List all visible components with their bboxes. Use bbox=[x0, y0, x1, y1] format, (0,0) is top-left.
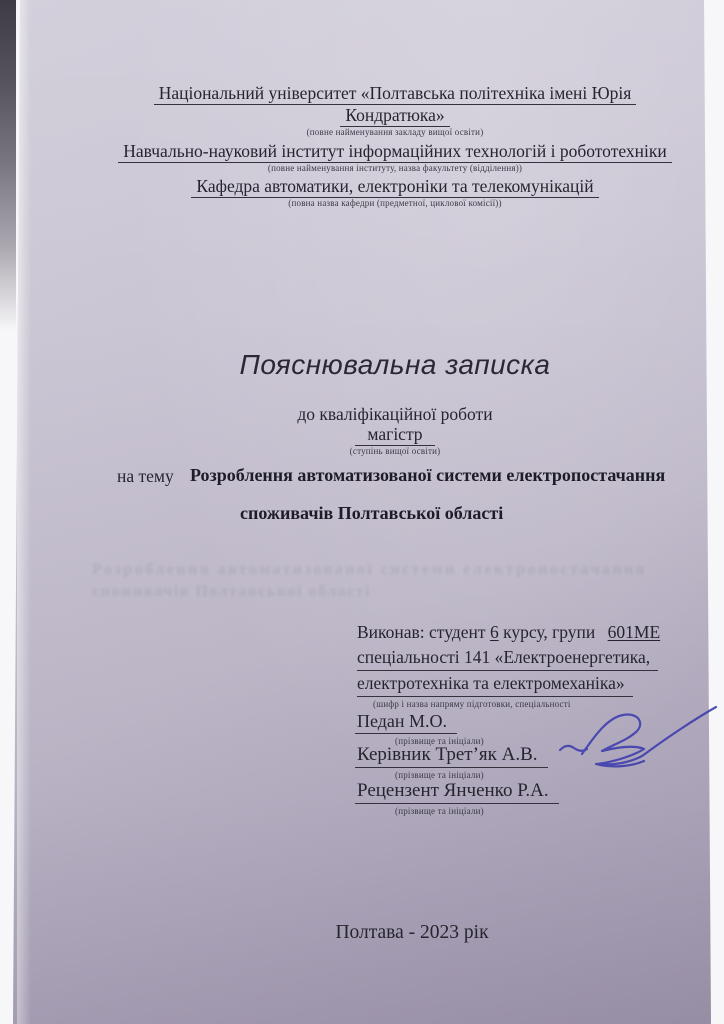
executor-line1: Виконав: студент 6 курсу, групи 601МЕ bbox=[357, 620, 687, 645]
institute-caption: (повне найменування інституту, назва фак… bbox=[95, 163, 695, 174]
signature-scribble bbox=[552, 698, 724, 793]
speciality-line2-text: електротехніка та електромеханіка» bbox=[357, 672, 633, 697]
executor-prefix: Виконав: студент bbox=[357, 622, 486, 642]
photo-edge-shadow bbox=[0, 0, 16, 360]
degree-line: магістр bbox=[95, 424, 695, 446]
ghost-text-line2: споживачів Полтавської області bbox=[92, 583, 371, 601]
supervisor-row: Керівник Трет’як А.В. (прізвище та ініці… bbox=[355, 744, 548, 781]
university-name-line2-text: Кондратюка» bbox=[340, 106, 449, 127]
scanned-title-page: Національний університет «Полтавська пол… bbox=[0, 0, 724, 1024]
speciality-line2: електротехніка та електромеханіка» bbox=[357, 671, 687, 697]
executor-block: Виконав: студент 6 курсу, групи 601МЕ сп… bbox=[357, 620, 687, 710]
theme-line2: споживачів Полтавської області bbox=[240, 503, 503, 524]
executor-middle: курсу, групи bbox=[503, 622, 595, 642]
university-name-line2: Кондратюка» bbox=[95, 105, 695, 127]
theme-line1: Розроблення автоматизованої системи елек… bbox=[190, 465, 665, 486]
degree-caption: (ступінь вищої освіти) bbox=[95, 446, 695, 457]
degree-text: магістр bbox=[355, 425, 434, 446]
speciality-line1: спеціальності 141 «Електроенергетика, bbox=[357, 645, 687, 671]
department-caption: (повна назва кафедри (предметної, циклов… bbox=[95, 198, 695, 209]
reviewer-name: Рецензент Янченко Р.А. bbox=[355, 780, 559, 804]
executor-course: 6 bbox=[490, 622, 499, 642]
city-year-line: Полтава - 2023 рік bbox=[112, 922, 712, 944]
student-name: Педан М.О. bbox=[355, 710, 457, 734]
reviewer-caption: (прізвище та ініціали) bbox=[395, 806, 559, 817]
reviewer-row: Рецензент Янченко Р.А. (прізвище та ініц… bbox=[355, 780, 559, 817]
department-name-text: Кафедра автоматики, електроніки та телек… bbox=[191, 177, 598, 198]
supervisor-name: Керівник Трет’як А.В. bbox=[355, 744, 548, 768]
speciality-line1-text: спеціальності 141 «Електроенергетика, bbox=[357, 646, 658, 671]
header-block: Національний університет «Полтавська пол… bbox=[95, 83, 695, 209]
department-name: Кафедра автоматики, електроніки та телек… bbox=[95, 176, 695, 198]
institute-name: Навчально-науковий інститут інформаційни… bbox=[95, 141, 695, 163]
document-subtitle: до кваліфікаційної роботи bbox=[95, 404, 695, 425]
ghost-text-line1: Розроблення автоматизованої системи елек… bbox=[92, 561, 647, 579]
executor-group: 601МЕ bbox=[608, 622, 661, 642]
university-caption: (повне найменування закладу вищої освіти… bbox=[95, 127, 695, 138]
theme-label: на тему bbox=[117, 466, 174, 487]
university-name-line1-text: Національний університет «Полтавська пол… bbox=[154, 84, 637, 105]
university-name-line1: Національний університет «Полтавська пол… bbox=[95, 83, 695, 105]
document-title: Пояснювальна записка bbox=[95, 349, 695, 381]
institute-name-text: Навчально-науковий інститут інформаційни… bbox=[118, 142, 671, 163]
student-row: Педан М.О. (прізвище та ініціали) bbox=[355, 710, 484, 747]
